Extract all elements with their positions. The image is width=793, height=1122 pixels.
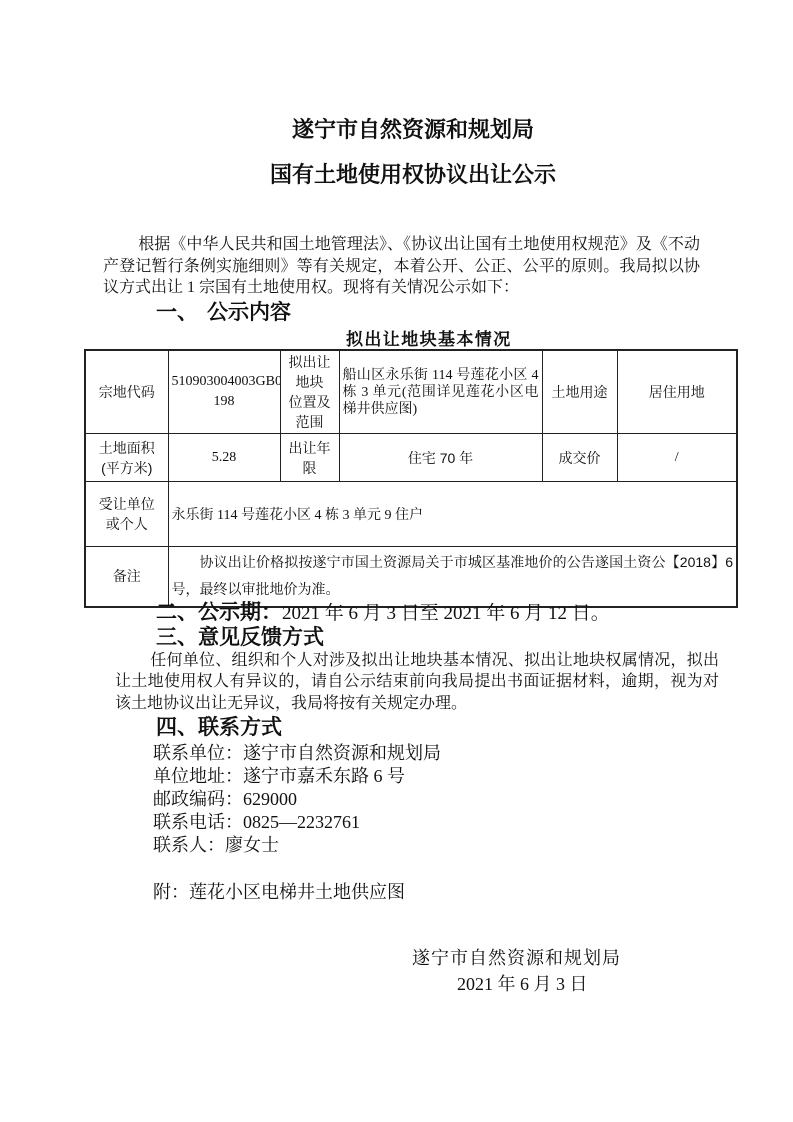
section-4-title: 联系方式 (198, 716, 282, 739)
parcel-info-table: 宗地代码 510903004003GB00 198 拟出让地块 位置及范围 船山… (84, 349, 738, 608)
attachment-line: 附：莲花小区电梯井土地供应图 (153, 878, 405, 904)
section-4-heading: 四、联系方式 (156, 716, 282, 740)
price-label: 成交价 (542, 434, 617, 482)
table-row: 宗地代码 510903004003GB00 198 拟出让地块 位置及范围 船山… (85, 350, 737, 434)
document-page: 遂宁市自然资源和规划局 国有土地使用权协议出让公示 根据《中华人民共和国土地管理… (0, 0, 793, 1122)
section-3-heading: 三、意见反馈方式 (156, 626, 324, 650)
signature-date: 2021 年 6 月 3 日 (457, 970, 588, 996)
table-row: 受让单位 或个人 永乐街 114 号莲花小区 4 栋 3 单元 9 住户 (85, 482, 737, 547)
doc-title-line2: 国有土地使用权协议出让公示 (103, 162, 723, 188)
feedback-paragraph: 任何单位、组织和个人对涉及拟出让地块基本情况、拟出让地块权属情况，拟出让土地使用… (115, 650, 719, 714)
parcel-code-value: 510903004003GB00 198 (168, 350, 280, 434)
price-value: / (617, 434, 737, 482)
land-use-value: 居住用地 (617, 350, 737, 434)
table-row: 备注 协议出让价格拟按遂宁市国土资源局关于市城区基准地价的公告遂国土资公【201… (85, 547, 737, 607)
contact-postcode-line: 邮政编码：629000 (153, 788, 441, 811)
section-3-title: 意见反馈方式 (198, 626, 324, 649)
section-1-number: 一、 (156, 301, 198, 324)
section-2-number: 二、 (156, 601, 198, 624)
signature-org: 遂宁市自然资源和规划局 (412, 944, 621, 970)
table-caption: 拟出让地块基本情况 (346, 325, 512, 350)
contact-unit-line: 联系单位：遂宁市自然资源和规划局 (153, 742, 441, 765)
contact-block: 联系单位：遂宁市自然资源和规划局 单位地址：遂宁市嘉禾东路 6 号 邮政编码：6… (153, 742, 441, 857)
transferee-value: 永乐街 114 号莲花小区 4 栋 3 单元 9 住户 (168, 482, 737, 547)
location-value: 船山区永乐街 114 号莲花小区 4 栋 3 单元(范围详见莲花小区电梯井供应图… (339, 350, 542, 434)
contact-person-line: 联系人：廖女士 (153, 834, 441, 857)
intro-paragraph: 根据《中华人民共和国土地管理法》、《协议出让国有土地使用权规范》及《不动产登记暂… (103, 234, 700, 299)
transferee-label: 受让单位 或个人 (85, 482, 168, 547)
contact-address-line: 单位地址：遂宁市嘉禾东路 6 号 (153, 765, 441, 788)
section-1-heading: 一、公示内容 (156, 301, 291, 325)
remark-label: 备注 (85, 547, 168, 607)
section-2-dates: 2021 年 6 月 3 日至 2021 年 6 月 12 日。 (282, 603, 610, 624)
table-row: 土地面积 (平方米) 5.28 出让年限 住宅 70 年 成交价 / (85, 434, 737, 482)
parcel-code-label: 宗地代码 (85, 350, 168, 434)
section-2-heading: 二、公示期：2021 年 6 月 3 日至 2021 年 6 月 12 日。 (156, 601, 610, 626)
section-4-number: 四、 (156, 716, 198, 739)
doc-title-line1: 遂宁市自然资源和规划局 (103, 117, 723, 143)
area-label: 土地面积 (平方米) (85, 434, 168, 482)
section-3-number: 三、 (156, 626, 198, 649)
location-label: 拟出让地块 位置及范围 (280, 350, 339, 434)
remark-value: 协议出让价格拟按遂宁市国土资源局关于市城区基准地价的公告遂国土资公【2018】6… (168, 547, 737, 607)
term-label: 出让年限 (280, 434, 339, 482)
contact-phone-line: 联系电话：0825—2232761 (153, 811, 441, 834)
area-value: 5.28 (168, 434, 280, 482)
term-value: 住宅 70 年 (339, 434, 542, 482)
section-2-title: 公示期： (198, 601, 282, 624)
land-use-label: 土地用途 (542, 350, 617, 434)
section-1-title: 公示内容 (207, 301, 291, 324)
